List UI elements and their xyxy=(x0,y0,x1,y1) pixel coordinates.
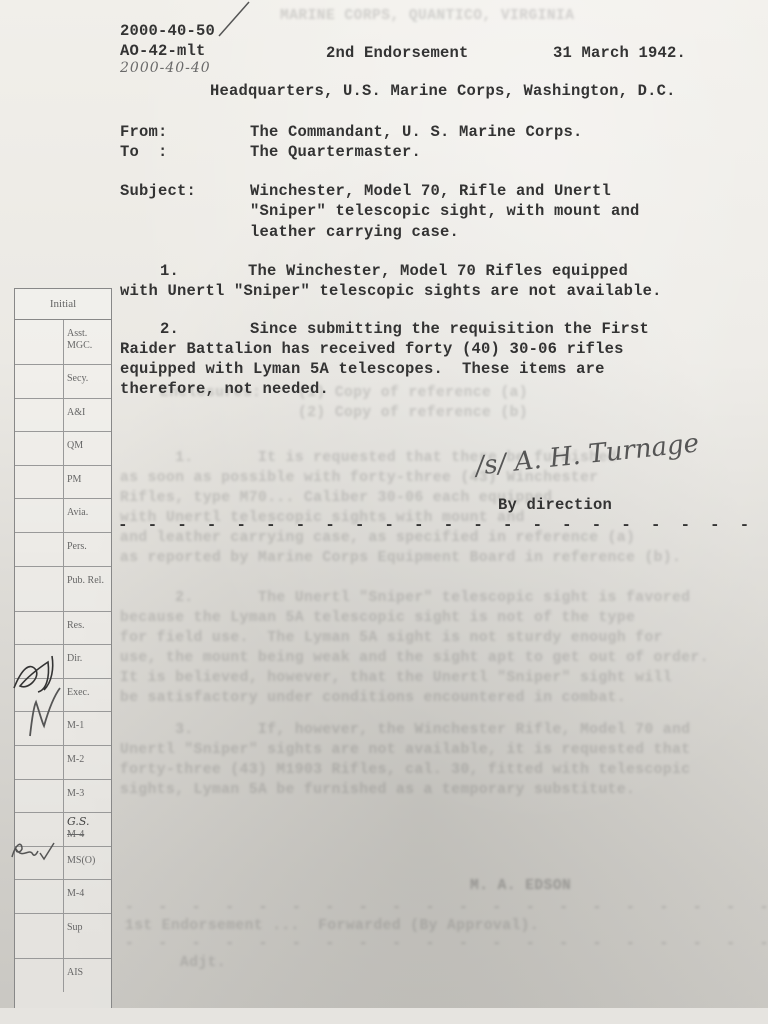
paragraph-number: 1. xyxy=(160,262,179,280)
routing-row: M-4 xyxy=(15,880,111,914)
bleed-line: (2) Copy of reference (b) xyxy=(160,405,528,421)
routing-row: Res. xyxy=(15,612,111,646)
routing-row: Pub. Rel. xyxy=(15,567,111,612)
bleed-line: Adjt. xyxy=(180,955,226,971)
routing-label: Exec. xyxy=(63,679,110,712)
paragraph-line: equipped with Lyman 5A telescopes. These… xyxy=(120,360,605,378)
routing-label: Pers. xyxy=(63,533,110,566)
handwritten-initials-gs-icon xyxy=(8,835,58,865)
to-label: To : xyxy=(120,143,168,161)
bleed-line: Unertl "Sniper" sights are not available… xyxy=(120,742,691,758)
routing-label: M-4 xyxy=(63,880,110,913)
routing-label: Sup xyxy=(63,914,110,958)
bleed-through-heading: MARINE CORPS, QUANTICO, VIRGINIA xyxy=(280,8,574,24)
routing-row: Avia. xyxy=(15,499,111,533)
routing-label: Avia. xyxy=(63,499,110,532)
section-divider: - - - - - - - - - - - - - - - - - - - - … xyxy=(118,516,768,534)
routing-row: PM xyxy=(15,466,111,500)
paragraph-line: The Winchester, Model 70 Rifles equipped xyxy=(248,262,628,280)
routing-label: Secy. xyxy=(63,365,110,398)
bleed-line: sights, Lyman 5A be furnished as a tempo… xyxy=(120,782,635,798)
handwritten-initials-dir-icon xyxy=(8,648,68,738)
bleed-signer: M. A. EDSON xyxy=(470,878,571,894)
to-value: The Quartermaster. xyxy=(250,143,421,161)
bleed-line: use, the mount being weak and the sight … xyxy=(120,650,709,666)
subject-label: Subject: xyxy=(120,182,196,200)
routing-label-replaced: G.S. M-4 xyxy=(63,813,110,846)
signature-caption: By direction xyxy=(498,496,612,514)
endorsement-title: 2nd Endorsement xyxy=(326,44,469,62)
origin-line: Headquarters, U.S. Marine Corps, Washing… xyxy=(210,82,676,100)
routing-row: M-3 xyxy=(15,780,111,814)
routing-label: M-2 xyxy=(63,746,110,779)
paragraph-line: therefore, not needed. xyxy=(120,380,329,398)
routing-row: Pers. xyxy=(15,533,111,567)
bleed-line: for field use. The Lyman 5A sight is not… xyxy=(120,630,663,646)
routing-label: M-3 xyxy=(63,780,110,813)
struck-label: M-4 xyxy=(67,829,84,840)
from-value: The Commandant, U. S. Marine Corps. xyxy=(250,123,583,141)
bleed-line: It is believed, however, that the Unertl… xyxy=(120,670,672,686)
routing-row: Asst. MGC. xyxy=(15,320,111,365)
paragraph-number: 2. xyxy=(160,320,179,338)
paragraph-line: Raider Battalion has received forty (40)… xyxy=(120,340,624,358)
routing-row: AIS xyxy=(15,959,111,992)
routing-label: PM xyxy=(63,466,110,499)
document-date: 31 March 1942. xyxy=(553,44,686,62)
routing-row: Sup xyxy=(15,914,111,959)
routing-label: Asst. MGC. xyxy=(63,320,110,364)
file-number-primary: 2000-40-50 xyxy=(120,22,215,40)
routing-row: QM xyxy=(15,432,111,466)
bleed-divider: - - - - - - - - - - - - - - - - - - - - … xyxy=(125,900,768,916)
bleed-line: as reported by Marine Corps Equipment Bo… xyxy=(120,550,681,566)
subject-line: leather carrying case. xyxy=(250,223,459,241)
bleed-line: Rifles, type M70... Caliber 30-06 each e… xyxy=(120,490,552,506)
routing-label: M-1 xyxy=(63,712,110,745)
bleed-line: 3. If, however, the Winchester Rifle, Mo… xyxy=(120,722,691,738)
routing-label: Dir. xyxy=(63,645,110,678)
routing-label: Pub. Rel. xyxy=(63,567,110,611)
routing-row: A&I xyxy=(15,399,111,433)
routing-slip-header: Initial xyxy=(15,288,111,320)
handwritten-gs: G.S. xyxy=(67,816,110,829)
routing-label: Res. xyxy=(63,612,110,645)
bleed-line: forty-three (43) M1903 Rifles, cal. 30, … xyxy=(120,762,691,778)
routing-label: A&I xyxy=(63,399,110,432)
routing-row: M-2 xyxy=(15,746,111,780)
bleed-line: 1st Endorsement ... Forwarded (By Approv… xyxy=(125,918,539,934)
routing-row: Secy. xyxy=(15,365,111,399)
paragraph-line: with Unertl "Sniper" telescopic sights a… xyxy=(120,282,662,300)
bleed-line: be satisfactory under conditions encount… xyxy=(120,690,626,706)
bleed-line: because the Lyman 5A telescopic sight is… xyxy=(120,610,635,626)
scan-bottom-edge xyxy=(0,1008,768,1024)
routing-label: QM xyxy=(63,432,110,465)
routing-label: MS(O) xyxy=(63,847,110,880)
subject-line: "Sniper" telescopic sight, with mount an… xyxy=(250,202,640,220)
bleed-line: 2. The Unertl "Sniper" telescopic sight … xyxy=(120,590,691,606)
subject-line: Winchester, Model 70, Rifle and Unertl xyxy=(250,182,611,200)
bleed-divider: - - - - - - - - - - - - - - - - - - - - … xyxy=(125,936,768,952)
pencil-check-mark-icon xyxy=(215,0,255,40)
paragraph-line: Since submitting the requisition the Fir… xyxy=(250,320,649,338)
from-label: From: xyxy=(120,123,168,141)
handwritten-file-number: 2000-40-40 xyxy=(120,60,211,76)
routing-label: AIS xyxy=(63,959,110,992)
file-number-secondary: AO-42-mlt xyxy=(120,42,206,60)
